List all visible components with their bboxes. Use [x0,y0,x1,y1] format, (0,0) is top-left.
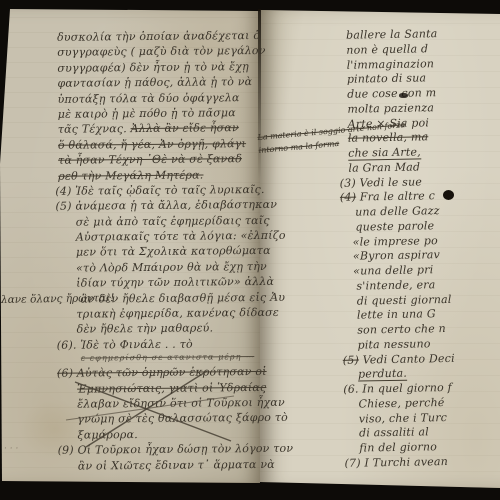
text-run: non è quella d [346,42,428,56]
text-line: ξαμάρορα. [77,427,259,444]
text-run: (3) Vedi le sue [340,175,423,189]
text-line: (6) Αὐτὰς τῶν ὁμηρῶν ἐκρότησαν οἱ [57,365,259,382]
text-run: (4) [340,191,356,204]
text-run: (6). Ἰδὲ τὸ Φινάλε . . τὸ [57,337,193,351]
text-line: συγγραφέα) δὲν ἦτον ᾑ τὸ νὰ ἔχῃ [57,60,256,77]
text-run: Ἀλλὰ ἂν εἴδε ἦσαν [131,122,239,136]
text-line: φαντασίαν ᾑ πάθος, ἀλλὰ ᾑ τὸ νὰ [57,75,256,92]
text-run: μεν ὅτι τὰ Σχολικὰ κατορθώματα [76,244,271,259]
text-run: (5) [343,353,359,366]
left-margin-annotation: λανε ὅλανς ἤρωνται! [1,292,115,306]
text-run: (4) Ἰδὲ ταῖς ᾠδαῖς τὸ ταῖς λυρικαῖς. [55,183,264,198]
text-run: lette in una G [357,307,436,321]
text-line: ἔλαβαν εἴδησιν ὅτι οἱ Τοῦρκοι ἦχαν [77,396,259,413]
text-line: σὲ μιὰ ἀπὸ ταῖς ἐφημερίδαις ταῖς [76,214,258,231]
text-run: τριακὴ ἐφημερίδα, κανένας δίδασε [76,306,279,321]
text-run: son certo che n [357,322,446,337]
text-run: «le imprese po [353,234,438,248]
text-line: ε εφημερίσθη σε ατανιστα μέρη ⋯ [81,352,259,367]
ink-blot [443,190,454,200]
text-line: ὑποτάξῃ τόλα τὰ δύο ὀφάγγελα [58,91,257,108]
text-line: συγγραφεὺς ( μαζὺ διὰ τὸν μεγάλον [57,44,256,61]
text-line: δυσκολία τὴν ὁποίαν ἀναδέχεται ὁ [57,29,256,46]
text-run: due cose con m [347,86,436,101]
text-line: (5) ἀνάμεσα ᾑ τὰ ἄλλα, ἐδιαβάστηκαν [55,198,257,215]
text-run: «una delle pri [353,263,433,277]
text-run: di questi giornal [357,292,452,307]
text-run: fin del giorno [359,440,437,454]
text-run: Αὐστριακαῖς τότε τὰ λόγια: «ἐλπίζο [76,229,286,244]
text-run: (5) ἀνάμεσα ᾑ τὰ ἄλλα, ἐδιαβάστηκαν [55,198,277,213]
text-line: (6). Ἰδὲ τὸ Φινάλε . . τὸ [57,337,259,354]
text-run: συγγραφεὺς ( μαζὺ διὰ τὸν μεγάλον [57,44,265,59]
text-line: Αὐστριακαῖς τότε τὰ λόγια: «ἐλπίζο [76,229,258,246]
text-line: ἂν οἱ Χιῶτες ἔδιναν τ᾽ ἅρματα νὰ [78,458,260,475]
text-run: φαντασίαν ᾑ πάθος, ἀλλὰ ᾑ τὸ νὰ [57,75,252,90]
text-line: δὲν ἤθελε τὴν μαθαρεύ. [77,321,259,338]
text-line: Ἐμπνησιώταις, γιατὶ οἱ Ὑδραίας [77,381,259,398]
text-run: una delle Gazz [355,204,440,218]
text-run: ἔλαβαν εἴδησιν ὅτι οἱ Τοῦρκοι ἦχαν [77,396,285,411]
text-run: μὲ καιρὸ ᾑ μὲ πόθο ᾑ τὸ πᾶσμα [58,106,236,121]
text-run: s'intende, era [356,278,435,292]
text-line: τριακὴ ἐφημερίδα, κανένας δίδασε [76,306,258,323]
text-line: τᾶς Τέχνας. Ἀλλὰ ἂν εἴδε ἦσαν [58,121,257,138]
text-run: (6) Αὐτὰς τῶν ὁμηρῶν ἐκρότησαν οἱ [57,365,267,380]
text-run: ὑποτάξῃ τόλα τὰ δύο ὀφάγγελα [58,91,240,106]
text-line: «τὸ Λὸρδ Μπάιρον θὰ νὰ ἔχῃ τὴν [76,260,258,277]
text-line: τὰ ἦσαν Τέχνη ᾽Θὲ νὰ σὲ ξαναδ [58,152,257,169]
text-run: γνώμη σὲ τὲς θαλασσώτας ξάφρο τὸ [77,411,288,426]
text-run: Chiese, perché [358,396,444,410]
ink-blot [399,93,408,98]
text-run: ρεθ τὴν Μεγάλη Μητέρα. [58,168,203,182]
text-run: τὰ ἦσαν Τέχνη ᾽Θὲ νὰ σὲ ξαναδ [58,152,242,167]
text-run: «τὸ Λὸρδ Μπάιρον θὰ νὰ ἔχῃ τὴν [76,260,267,275]
text-line: (9) Οἱ Τοῦρκοι ἦχαν δώσῃ τὸν λόγον τον [58,442,260,459]
text-run: «Byron aspirav [353,248,440,263]
text-run: di assaliti al [359,426,429,440]
text-run: ballere la Santa [346,27,438,42]
text-run: ξαμάρορα. [77,428,137,442]
left-page-text-column: δυσκολία τὴν ὁποίαν ἀναδέχεται ὁσυγγραφε… [30,29,260,475]
text-run: συγγραφέα) δὲν ἦτον ᾑ τὸ νὰ ἔχῃ [57,60,249,75]
faint-margin-marks: · · · [4,444,18,454]
text-line: μεν ὅτι τὰ Σχολικὰ κατορθώματα [76,244,258,261]
text-run: queste parole [355,219,434,233]
text-run: (6. In quel giorno f [343,381,452,396]
text-run: viso, che i Turc [359,411,448,426]
text-run: pintato di sua [347,72,427,86]
text-run: l'immaginazion [347,57,435,72]
text-line: γνώμη σὲ τὲς θαλασσώτας ξάφρο τὸ [77,411,259,428]
text-run: pita nessuno [357,337,430,351]
text-line: (4) Ἰδὲ ταῖς ᾠδαῖς τὸ ταῖς λυρικαῖς. [55,183,257,200]
text-run: perduta. [358,367,407,382]
text-run: Fra le altre c [356,189,435,203]
text-run: δὲν ἤθελε τὴν μαθαρεύ. [77,322,214,336]
right-page-text-column: ballere la Santanon è quella dl'immagina… [330,26,500,471]
text-run: Ἐμπνησιώταις, γιατὶ οἱ Ὑδραίας [77,381,266,396]
text-run: τᾶς Τέχνας. [58,122,131,136]
text-run: σὲ μιὰ ἀπὸ ταῖς ἐφημερίδαις ταῖς [76,214,270,229]
text-line: (7) I Turchi avean [344,454,500,472]
text-run: (7) I Turchi avean [344,455,448,470]
text-run: ε εφημερίσθη σε ατανιστα μέρη ⋯ [81,352,255,363]
text-run: (9) Οἱ Τοῦρκοι ἦχαν δώσῃ τὸν λόγον τον [58,442,294,457]
text-line: ρεθ τὴν Μεγάλη Μητέρα. [58,168,257,185]
text-run: ὅ θάλασά, ἤ γέα, Ἀν ὀργῇ, φλάγι [58,137,246,152]
manuscript-photo: { "colors": { "background": "#0d0b08", "… [0,0,500,500]
text-run: la Gran Mad [348,160,420,174]
text-run: δυσκολία τὴν ὁποίαν ἀναδέχεται ὁ [57,29,260,44]
text-run: Vedi Canto Deci [359,351,455,366]
text-line: ἰδίαν τύχην τῶν πολιτικῶν» ἀλλὰ [76,275,258,292]
text-run: ἰδίαν τύχην τῶν πολιτικῶν» ἀλλὰ [76,275,274,290]
text-run: ἂν οἱ Χιῶτες ἔδιναν τ᾽ ἅρματα νὰ [78,457,275,472]
text-run: molta pazienza [347,101,434,116]
